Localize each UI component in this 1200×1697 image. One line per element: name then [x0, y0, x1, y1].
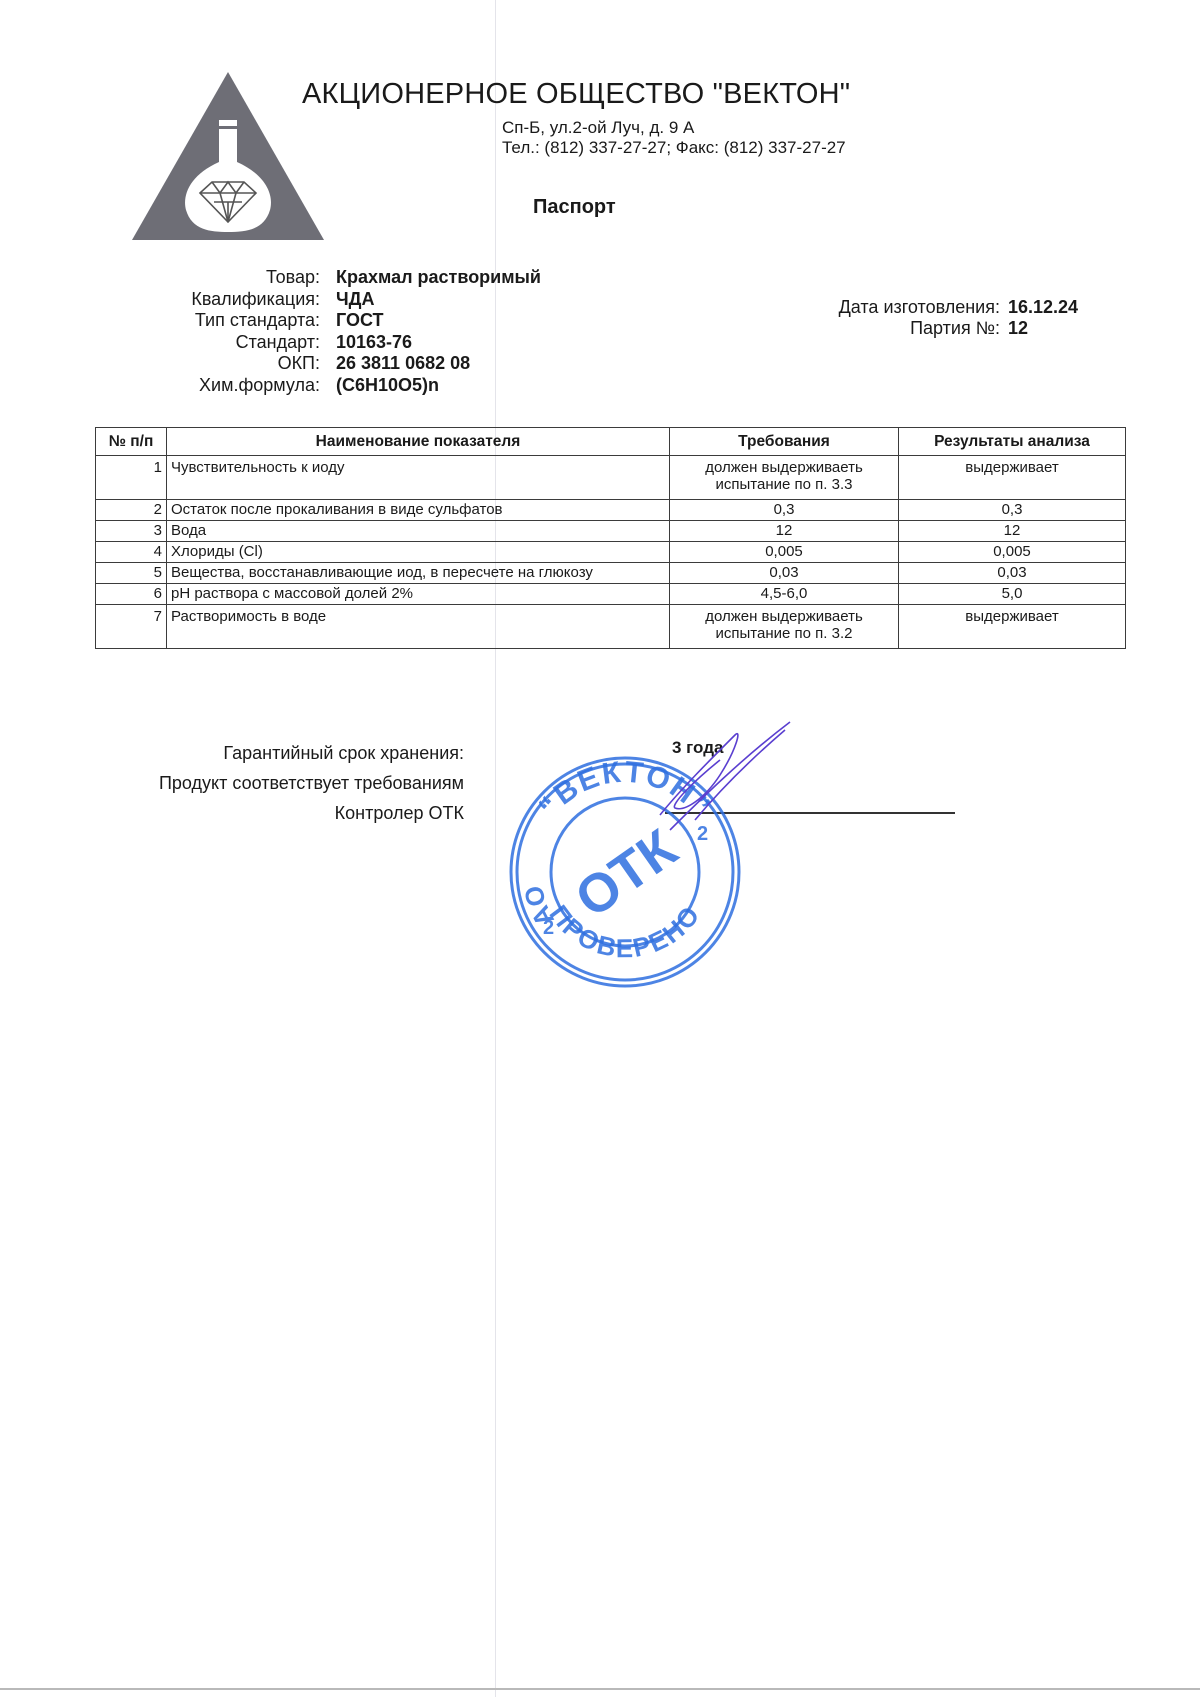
row-result: 5,0: [899, 584, 1126, 605]
company-address: Сп-Б, ул.2-ой Луч, д. 9 А: [502, 118, 846, 138]
svg-text:2: 2: [543, 917, 554, 939]
field-label-qualification: Квалификация:: [150, 289, 320, 311]
company-contacts: Сп-Б, ул.2-ой Луч, д. 9 А Тел.: (812) 33…: [502, 118, 846, 158]
shelf-life-label: Гарантийный срок хранения:: [110, 738, 464, 768]
field-value-standard-type: ГОСТ: [336, 310, 541, 332]
row-requirement: должен выдерживаеть испытание по п. 3.2: [670, 605, 899, 649]
table-row: 3 Вода 12 12: [96, 521, 1126, 542]
document-title: Паспорт: [533, 196, 616, 219]
field-value-formula: (C6H10O5)n: [336, 375, 541, 397]
header-number: № п/п: [96, 428, 167, 456]
field-value-standard: 10163-76: [336, 332, 541, 354]
table-row: 7 Растворимость в воде должен выдерживае…: [96, 605, 1126, 649]
table-row: 4 Хлориды (Cl) 0,005 0,005: [96, 542, 1126, 563]
production-info: Дата изготовления: 16.12.24 Партия №: 12: [800, 297, 1102, 339]
row-requirement: 12: [670, 521, 899, 542]
field-label-product: Товар:: [150, 267, 320, 289]
product-field-labels: Товар: Квалификация: Тип стандарта: Стан…: [150, 267, 320, 397]
row-requirement: 0,03: [670, 563, 899, 584]
table-row: 5 Вещества, восстанавливающие иод, в пер…: [96, 563, 1126, 584]
footer-labels: Гарантийный срок хранения: Продукт соотв…: [110, 738, 464, 828]
table-row: 6 pH раствора с массовой долей 2% 4,5-6,…: [96, 584, 1126, 605]
production-date-row: Дата изготовления: 16.12.24: [800, 297, 1102, 318]
header-requirements: Требования: [670, 428, 899, 456]
row-number: 5: [96, 563, 167, 584]
field-value-qualification: ЧДА: [336, 289, 541, 311]
row-requirement: 0,3: [670, 500, 899, 521]
conformity-label: Продукт соответствует требованиям: [110, 768, 464, 798]
product-field-values: Крахмал растворимый ЧДА ГОСТ 10163-76 26…: [336, 267, 541, 397]
row-result: выдерживает: [899, 605, 1126, 649]
flask-diamond-triangle-logo-icon: [130, 70, 326, 242]
row-indicator: Вещества, восстанавливающие иод, в перес…: [167, 563, 670, 584]
batch-label: Партия №:: [910, 318, 1000, 339]
field-label-standard: Стандарт:: [150, 332, 320, 354]
row-number: 2: [96, 500, 167, 521]
row-requirement: 0,005: [670, 542, 899, 563]
production-date-label: Дата изготовления:: [839, 297, 1000, 318]
scan-edge-line: [0, 1688, 1200, 1690]
row-result: 0,03: [899, 563, 1126, 584]
field-label-formula: Хим.формула:: [150, 375, 320, 397]
row-indicator: Чувствительность к иоду: [167, 456, 670, 500]
field-label-okp: ОКП:: [150, 353, 320, 375]
header-indicator-name: Наименование показателя: [167, 428, 670, 456]
table-row: 2 Остаток после прокаливания в виде суль…: [96, 500, 1126, 521]
company-phone-fax: Тел.: (812) 337-27-27; Факс: (812) 337-2…: [502, 138, 846, 158]
row-indicator: Вода: [167, 521, 670, 542]
row-result: 12: [899, 521, 1126, 542]
row-number: 3: [96, 521, 167, 542]
row-number: 1: [96, 456, 167, 500]
row-requirement: должен выдерживаеть испытание по п. 3.3: [670, 456, 899, 500]
row-number: 7: [96, 605, 167, 649]
scan-fold-line-vertical: [495, 0, 496, 1697]
header-results: Результаты анализа: [899, 428, 1126, 456]
analysis-table: № п/п Наименование показателя Требования…: [95, 427, 1126, 649]
production-date-value: 16.12.24: [1008, 297, 1102, 318]
row-indicator: Остаток после прокаливания в виде сульфа…: [167, 500, 670, 521]
company-name: АКЦИОНЕРНОЕ ОБЩЕСТВО "ВЕКТОН": [302, 78, 850, 111]
row-indicator: pH раствора с массовой долей 2%: [167, 584, 670, 605]
row-number: 6: [96, 584, 167, 605]
row-result: выдерживает: [899, 456, 1126, 500]
field-value-okp: 26 3811 0682 08: [336, 353, 541, 375]
controller-label: Контролер ОТК: [110, 798, 464, 828]
row-number: 4: [96, 542, 167, 563]
row-result: 0,005: [899, 542, 1126, 563]
signature-scribble: [640, 720, 800, 840]
row-indicator: Растворимость в воде: [167, 605, 670, 649]
batch-value: 12: [1008, 318, 1102, 339]
field-label-standard-type: Тип стандарта:: [150, 310, 320, 332]
field-value-product: Крахмал растворимый: [336, 267, 541, 289]
row-indicator: Хлориды (Cl): [167, 542, 670, 563]
table-row: 1 Чувствительность к иоду должен выдержи…: [96, 456, 1126, 500]
row-result: 0,3: [899, 500, 1126, 521]
batch-row: Партия №: 12: [800, 318, 1102, 339]
table-header-row: № п/п Наименование показателя Требования…: [96, 428, 1126, 456]
row-requirement: 4,5-6,0: [670, 584, 899, 605]
